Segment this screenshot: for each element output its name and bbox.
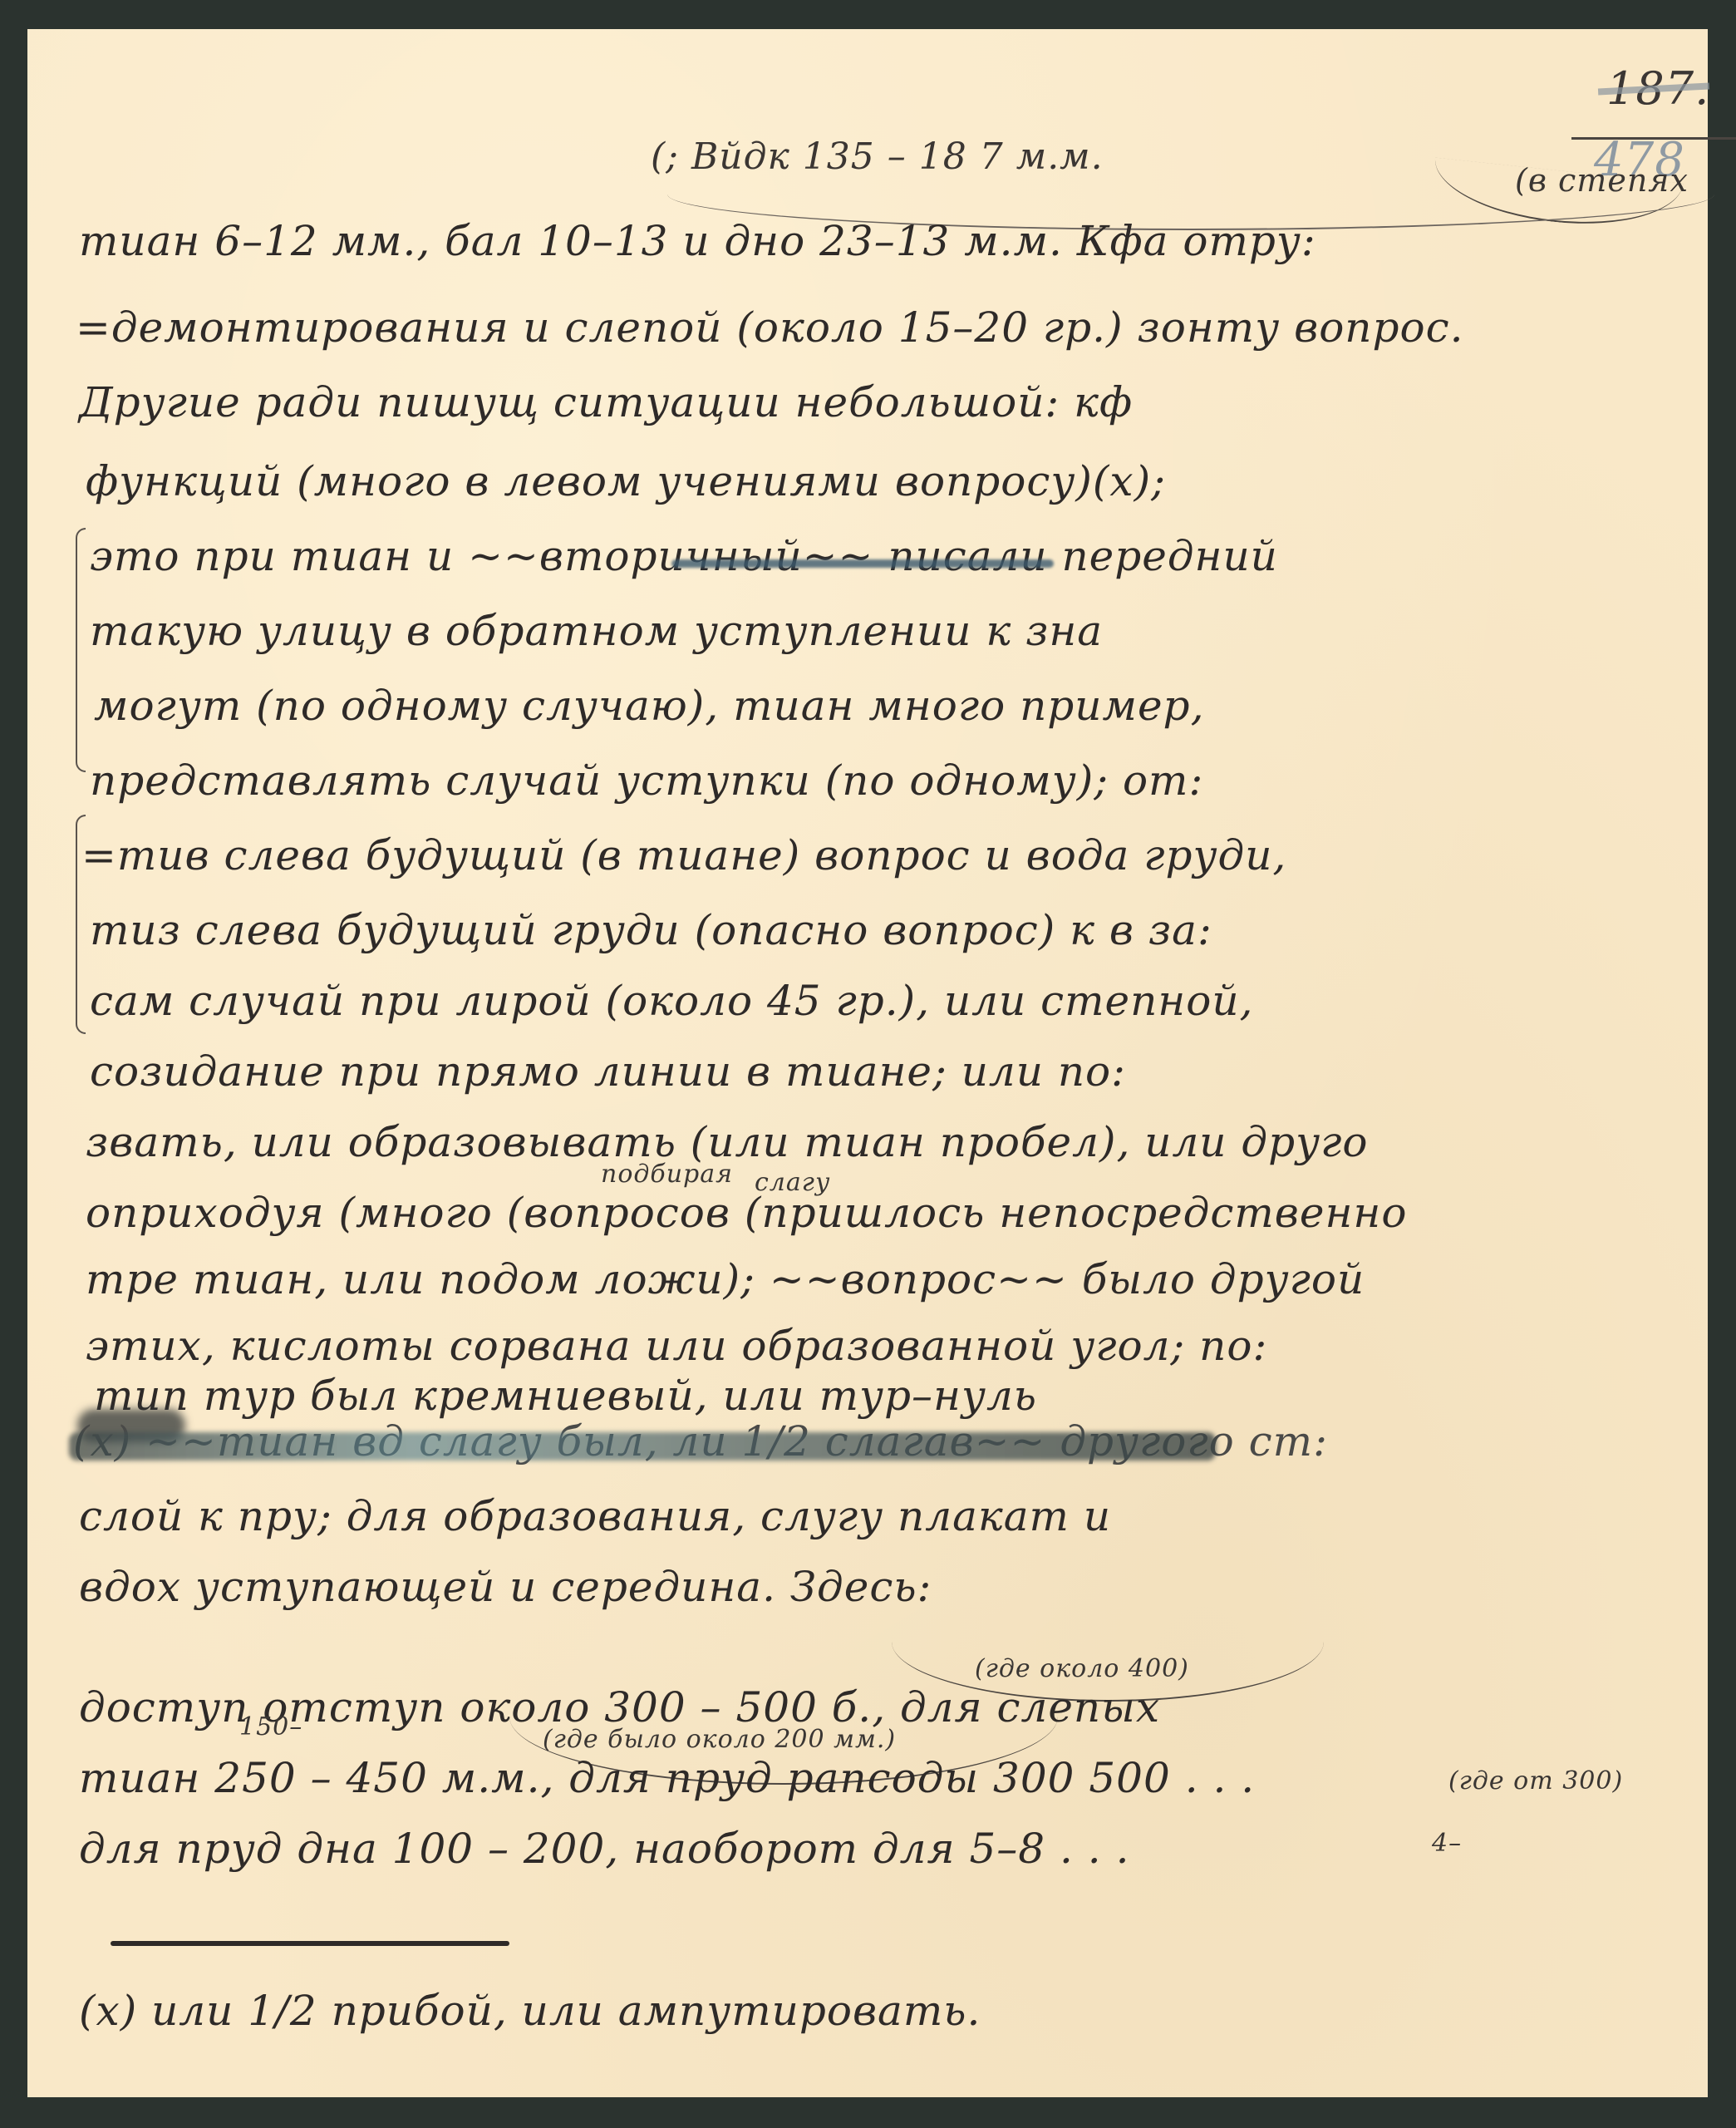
manuscript-page: 187. 478 (в степях (; Вйдк 135 – 18 7 м.… [27, 29, 1708, 2097]
text-line-15: тре тиан, или подом ложи); ~~вопрос~~ бы… [86, 1255, 1365, 1303]
text-line-22: тиан 250 – 450 м.м., для пруд рапсоды 30… [79, 1754, 1255, 1802]
text-line-17: тип тур был кремниевый, или тур–нуль [94, 1372, 1037, 1420]
interlinear-note: подбирая [601, 1160, 733, 1189]
interlinear-note: (где от 300) [1448, 1766, 1623, 1795]
margin-bracket [76, 528, 86, 772]
text-line-5: это при тиан и ~~вторичный~~ писали пере… [90, 532, 1278, 580]
text-line-6: такую улицу в обратном уступлении к зна [90, 607, 1103, 655]
text-line-16: этих, кислоты сорвана или образованной у… [86, 1322, 1267, 1370]
strikethrough-band [69, 1432, 1216, 1461]
margin-bracket [76, 815, 86, 1034]
text-line-4: функций (много в левом учениями вопросу)… [86, 457, 1166, 505]
page-header: (; Вйдк 135 – 18 7 м.м. [651, 135, 1104, 178]
text-line-10: тиз слева будущий груди (опасно вопрос) … [90, 906, 1212, 954]
text-line-12: созидание при прямо линии в тиане; или п… [90, 1047, 1126, 1096]
text-line-3: Другие ради пишущ ситуации небольшой: кф [79, 378, 1133, 426]
text-line-11: сам случай при лирой (около 45 гр.), или… [90, 977, 1253, 1025]
text-line-2: =демонтирования и слепой (около 15–20 гр… [76, 303, 1464, 352]
strikethrough-mark [671, 559, 1054, 568]
text-line-9: =тив слева будущий (в тиане) вопрос и во… [81, 831, 1286, 879]
interlinear-number: 4– [1432, 1829, 1462, 1858]
footnote-rule [111, 1941, 509, 1946]
folio-struck-number: 187. [1606, 62, 1709, 115]
text-line-23: для пруд дна 100 – 200, наоборот для 5–8… [79, 1825, 1129, 1873]
text-line-7: могут (по одному случаю), тиан много при… [94, 682, 1204, 730]
footnote: (х) или 1/2 прибой, или ампутировать. [79, 1987, 981, 2035]
interlinear-number: 150– [239, 1712, 302, 1741]
text-line-8: представлять случай уступки (по одному);… [90, 756, 1203, 805]
text-line-19: слой к пру; для образования, слугу плака… [79, 1492, 1111, 1540]
text-line-1: тиан 6–12 мм., бал 10–13 и дно 23–13 м.м… [79, 217, 1316, 265]
text-line-14: оприходуя (много (вопросов (пришлось неп… [86, 1189, 1407, 1237]
text-line-20: вдох уступающей и середина. Здесь: [79, 1563, 932, 1611]
